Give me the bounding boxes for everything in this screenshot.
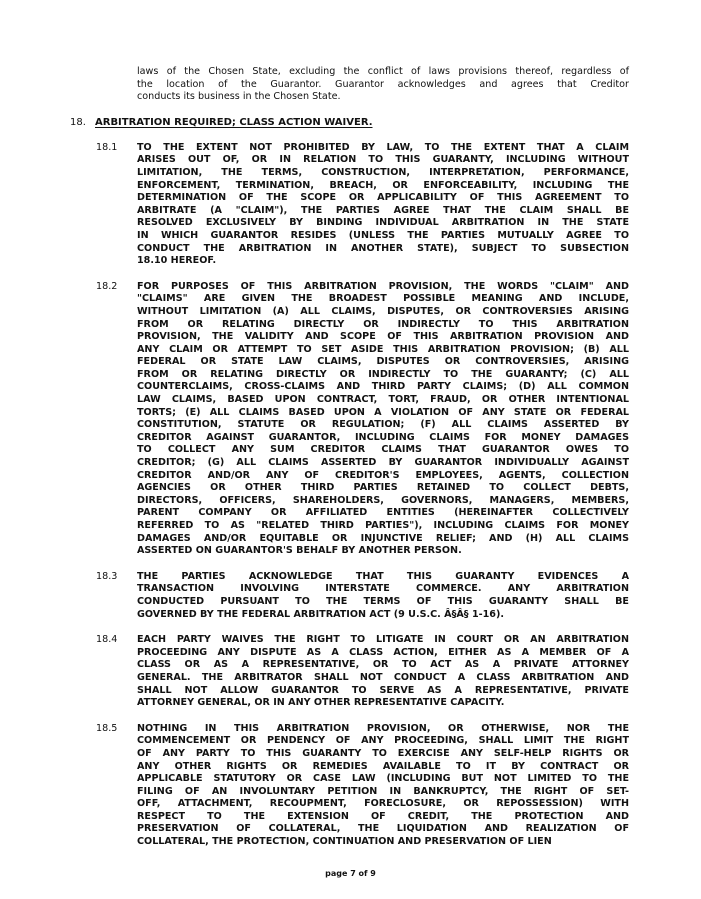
text-line: PROVISION, THE VALIDITY AND SCOPE OF THI… bbox=[137, 331, 629, 344]
subsection-text: FOR PURPOSES OF THIS ARBITRATION PROVISI… bbox=[137, 281, 629, 558]
text-line: ATTORNEY GENERAL, OR IN ANY OTHER REPRES… bbox=[137, 697, 629, 710]
text-line: CONDUCT THE ARBITRATION IN ANOTHER STATE… bbox=[137, 243, 629, 256]
text-line: COUNTERCLAIMS, CROSS-CLAIMS AND THIRD PA… bbox=[137, 381, 629, 394]
subsection: 18.4 EACH PARTY WAIVES THE RIGHT TO LITI… bbox=[0, 634, 701, 710]
text-line: NOTHING IN THIS ARBITRATION PROVISION, O… bbox=[137, 723, 629, 736]
subsection-text: TO THE EXTENT NOT PROHIBITED BY LAW, TO … bbox=[137, 142, 629, 268]
text-line: EACH PARTY WAIVES THE RIGHT TO LITIGATE … bbox=[137, 634, 629, 647]
subsection-list: 18.1 TO THE EXTENT NOT PROHIBITED BY LAW… bbox=[0, 142, 701, 849]
text-line: AGENCIES OR OTHER THIRD PARTIES RETAINED… bbox=[137, 482, 629, 495]
document-content: laws of the Chosen State, excluding the … bbox=[0, 66, 701, 849]
text-line: OFF, ATTACHMENT, RECOUPMENT, FORECLOSURE… bbox=[137, 798, 629, 811]
text-line: 18.10 HEREOF. bbox=[137, 255, 629, 268]
subsection-number: 18.5 bbox=[96, 723, 137, 849]
text-line: CREDITOR AND/OR ANY OF CREDITOR'S EMPLOY… bbox=[137, 470, 629, 483]
text-line: conducts its business in the Chosen Stat… bbox=[137, 91, 629, 104]
text-line: CREDITOR AGAINST GUARANTOR, INCLUDING CL… bbox=[137, 432, 629, 445]
text-line: COLLATERAL, THE PROTECTION, CONTINUATION… bbox=[137, 836, 629, 849]
text-line: COMMENCEMENT OR PENDENCY OF ANY PROCEEDI… bbox=[137, 735, 629, 748]
text-line: ANY OTHER RIGHTS OR REMEDIES AVAILABLE T… bbox=[137, 761, 629, 774]
text-line: PROCEEDING ANY DISPUTE AS A CLASS ACTION… bbox=[137, 647, 629, 660]
subsection-number: 18.2 bbox=[96, 281, 137, 558]
intro-paragraph: laws of the Chosen State, excluding the … bbox=[137, 66, 629, 104]
section-number: 18. bbox=[70, 116, 95, 129]
text-line: ANY CLAIM OR ATTEMPT TO SET ASIDE THIS A… bbox=[137, 344, 629, 357]
text-line: LAW CLAIMS, BASED UPON CONTRACT, TORT, F… bbox=[137, 394, 629, 407]
text-line: FOR PURPOSES OF THIS ARBITRATION PROVISI… bbox=[137, 281, 629, 294]
text-line: TRANSACTION INVOLVING INTERSTATE COMMERC… bbox=[137, 583, 629, 596]
text-line: APPLICABLE STATUTORY OR CASE LAW (INCLUD… bbox=[137, 773, 629, 786]
subsection-number: 18.4 bbox=[96, 634, 137, 710]
text-line: REFERRED TO AS "RELATED THIRD PARTIES"),… bbox=[137, 520, 629, 533]
text-line: ARISES OUT OF, OR IN RELATION TO THIS GU… bbox=[137, 154, 629, 167]
text-line: CONDUCTED PURSUANT TO THE TERMS OF THIS … bbox=[137, 596, 629, 609]
text-line: DIRECTORS, OFFICERS, SHAREHOLDERS, GOVER… bbox=[137, 495, 629, 508]
text-line: RESPECT TO THE EXTENSION OF CREDIT, THE … bbox=[137, 811, 629, 824]
text-line: "CLAIMS" ARE GIVEN THE BROADEST POSSIBLE… bbox=[137, 293, 629, 306]
text-line: CONSTITUTION, STATUTE OR REGULATION; (F)… bbox=[137, 419, 629, 432]
text-line: TORTS; (E) ALL CLAIMS BASED UPON A VIOLA… bbox=[137, 407, 629, 420]
text-line: FROM OR RELATING DIRECTLY OR INDIRECTLY … bbox=[137, 319, 629, 332]
subsection: 18.3 THE PARTIES ACKNOWLEDGE THAT THIS G… bbox=[0, 571, 701, 621]
text-line: CLASS OR AS A REPRESENTATIVE, OR TO ACT … bbox=[137, 659, 629, 672]
text-line: the location of the Guarantor. Guarantor… bbox=[137, 79, 629, 92]
text-line: IN WHICH GUARANTOR RESIDES (UNLESS THE P… bbox=[137, 230, 629, 243]
text-line: OF ANY PARTY TO THIS GUARANTY TO EXERCIS… bbox=[137, 748, 629, 761]
text-line: PRESERVATION OF COLLATERAL, THE LIQUIDAT… bbox=[137, 823, 629, 836]
text-line: ASSERTED ON GUARANTOR'S BEHALF BY ANOTHE… bbox=[137, 545, 629, 558]
text-line: ENFORCEMENT, TERMINATION, BREACH, OR ENF… bbox=[137, 180, 629, 193]
text-line: DETERMINATION OF THE SCOPE OR APPLICABIL… bbox=[137, 192, 629, 205]
text-line: THE PARTIES ACKNOWLEDGE THAT THIS GUARAN… bbox=[137, 571, 629, 584]
text-line: SHALL NOT ALLOW GUARANTOR TO SERVE AS A … bbox=[137, 685, 629, 698]
subsection-number: 18.1 bbox=[96, 142, 137, 268]
text-line: CREDITOR; (G) ALL CLAIMS ASSERTED BY GUA… bbox=[137, 457, 629, 470]
text-line: ARBITRATE (A "CLAIM"), THE PARTIES AGREE… bbox=[137, 205, 629, 218]
text-line: WITHOUT LIMITATION (A) ALL CLAIMS, DISPU… bbox=[137, 306, 629, 319]
subsection: 18.5 NOTHING IN THIS ARBITRATION PROVISI… bbox=[0, 723, 701, 849]
text-line: laws of the Chosen State, excluding the … bbox=[137, 66, 629, 79]
page-footer: page 7 of 9 bbox=[0, 869, 701, 878]
section-title: ARBITRATION REQUIRED; CLASS ACTION WAIVE… bbox=[95, 117, 373, 128]
subsection-number: 18.3 bbox=[96, 571, 137, 621]
text-line: LIMITATION, THE TERMS, CONSTRUCTION, INT… bbox=[137, 167, 629, 180]
section-heading: 18.ARBITRATION REQUIRED; CLASS ACTION WA… bbox=[0, 116, 701, 129]
subsection: 18.1 TO THE EXTENT NOT PROHIBITED BY LAW… bbox=[0, 142, 701, 268]
subsection-text: NOTHING IN THIS ARBITRATION PROVISION, O… bbox=[137, 723, 629, 849]
text-line: FROM OR RELATING DIRECTLY OR INDIRECTLY … bbox=[137, 369, 629, 382]
text-line: RESOLVED EXCLUSIVELY BY BINDING INDIVIDU… bbox=[137, 217, 629, 230]
text-line: TO THE EXTENT NOT PROHIBITED BY LAW, TO … bbox=[137, 142, 629, 155]
text-line: FEDERAL OR STATE LAW CLAIMS, DISPUTES OR… bbox=[137, 356, 629, 369]
subsection-text: THE PARTIES ACKNOWLEDGE THAT THIS GUARAN… bbox=[137, 571, 629, 621]
subsection-text: EACH PARTY WAIVES THE RIGHT TO LITIGATE … bbox=[137, 634, 629, 710]
text-line: GOVERNED BY THE FEDERAL ARBITRATION ACT … bbox=[137, 609, 629, 622]
text-line: TO COLLECT ANY SUM CREDITOR CLAIMS THAT … bbox=[137, 444, 629, 457]
text-line: FILING OF AN INVOLUNTARY PETITION IN BAN… bbox=[137, 786, 629, 799]
document-page: laws of the Chosen State, excluding the … bbox=[0, 0, 701, 899]
text-line: GENERAL. THE ARBITRATOR SHALL NOT CONDUC… bbox=[137, 672, 629, 685]
text-line: DAMAGES AND/OR EQUITABLE OR INJUNCTIVE R… bbox=[137, 533, 629, 546]
subsection: 18.2 FOR PURPOSES OF THIS ARBITRATION PR… bbox=[0, 281, 701, 558]
text-line: PARENT COMPANY OR AFFILIATED ENTITIES (H… bbox=[137, 507, 629, 520]
